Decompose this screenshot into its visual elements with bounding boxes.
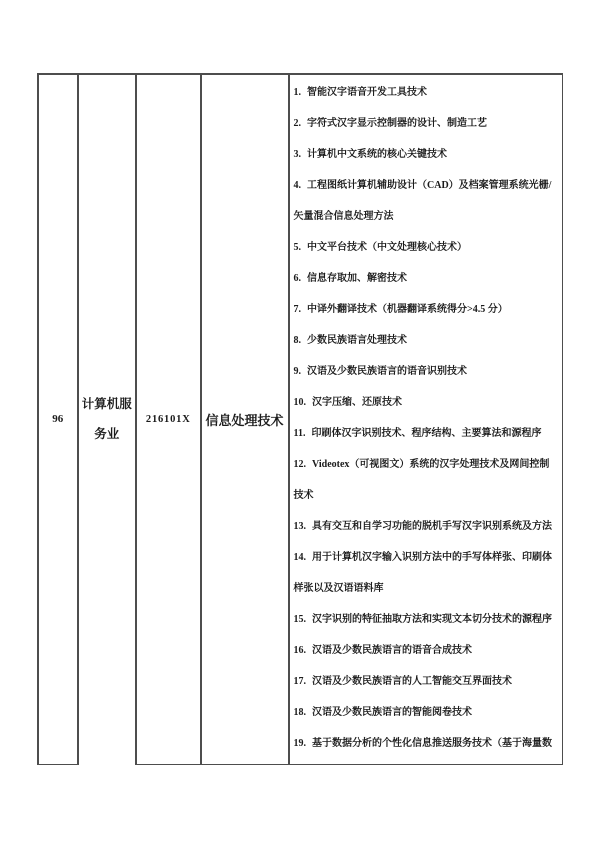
- category-cell: 信息处理技术: [202, 73, 289, 765]
- item-text: 基于数据分析的个性化信息推送服务技术（基于海量数: [312, 738, 552, 749]
- item-text: 信息存取加、解密技术: [307, 273, 407, 284]
- item-text: 智能汉字语音开发工具技术: [307, 87, 427, 98]
- item-number: 15.: [294, 614, 307, 625]
- category-name: 信息处理技术: [206, 410, 284, 429]
- item-number: 1.: [294, 87, 302, 98]
- item-number: 19.: [294, 738, 307, 749]
- technology-item: 14.用于计算机汉字输入识别方法中的手写体样张、印刷体样张以及汉语语料库: [294, 542, 556, 604]
- item-number: 14.: [294, 552, 307, 563]
- item-number: 16.: [294, 645, 307, 656]
- technology-item: 4.工程图纸计算机辅助设计（CAD）及档案管理系统光栅/矢量混合信息处理方法: [294, 170, 556, 232]
- item-number: 3.: [294, 149, 302, 160]
- technology-item: 19.基于数据分析的个性化信息推送服务技术（基于海量数: [294, 728, 556, 759]
- serial-number: 96: [52, 413, 63, 425]
- technology-item: 12.Videotex（可视图文）系统的汉字处理技术及网间控制技术: [294, 449, 556, 511]
- industry-name: 计算机服务业: [81, 389, 134, 449]
- table-right-border: [562, 73, 564, 765]
- technology-item: 8.少数民族语言处理技术: [294, 325, 556, 356]
- item-text: 少数民族语言处理技术: [307, 335, 407, 346]
- technology-item: 15.汉字识别的特征抽取方法和实现文本切分技术的源程序: [294, 604, 556, 635]
- item-number: 10.: [294, 397, 307, 408]
- industry-cell: 计算机服务业: [79, 73, 136, 765]
- code-cell: 216101X: [137, 73, 201, 765]
- item-text: 汉字识别的特征抽取方法和实现文本切分技术的源程序: [312, 614, 552, 625]
- technology-item: 9.汉语及少数民族语言的语音识别技术: [294, 356, 556, 387]
- item-text: 计算机中文系统的核心关键技术: [307, 149, 447, 160]
- technology-item: 17.汉语及少数民族语言的人工智能交互界面技术: [294, 666, 556, 697]
- technology-item: 3.计算机中文系统的核心关键技术: [294, 139, 556, 170]
- technology-item: 13.具有交互和自学习功能的脱机手写汉字识别系统及方法: [294, 511, 556, 542]
- item-number: 11.: [294, 428, 306, 439]
- technology-item: 10.汉字压缩、还原技术: [294, 387, 556, 418]
- technology-item: 5.中文平台技术（中文处理核心技术）: [294, 232, 556, 263]
- technology-item: 7.中译外翻译技术（机器翻译系统得分>4.5 分）: [294, 294, 556, 325]
- item-text: 汉语及少数民族语言的语音识别技术: [307, 366, 467, 377]
- item-text: 用于计算机汉字输入识别方法中的手写体样张、印刷体样张以及汉语语料库: [294, 552, 553, 594]
- catalog-table: 96 计算机服务业 216101X 信息处理技术 1.智能汉字语音开发工具技术 …: [37, 73, 563, 765]
- item-number: 7.: [294, 304, 302, 315]
- item-text: 印刷体汉字识别技术、程序结构、主要算法和源程序: [311, 428, 541, 439]
- item-number: 9.: [294, 366, 302, 377]
- item-text: Videotex（可视图文）系统的汉字处理技术及网间控制技术: [294, 459, 550, 501]
- technology-item: 1.智能汉字语音开发工具技术: [294, 77, 556, 108]
- technology-item: 16.汉语及少数民族语言的语音合成技术: [294, 635, 556, 666]
- technology-item: 11.印刷体汉字识别技术、程序结构、主要算法和源程序: [294, 418, 556, 449]
- item-number: 2.: [294, 118, 302, 129]
- technology-item: 2.字符式汉字显示控制器的设计、制造工艺: [294, 108, 556, 139]
- technology-items-cell: 1.智能汉字语音开发工具技术 2.字符式汉字显示控制器的设计、制造工艺 3.计算…: [290, 73, 562, 765]
- item-text: 具有交互和自学习功能的脱机手写汉字识别系统及方法: [312, 521, 552, 532]
- item-text: 汉字压缩、还原技术: [312, 397, 402, 408]
- item-text: 汉语及少数民族语言的语音合成技术: [312, 645, 472, 656]
- item-number: 6.: [294, 273, 302, 284]
- item-number: 13.: [294, 521, 307, 532]
- serial-number-cell: 96: [39, 73, 78, 765]
- technology-item: 6.信息存取加、解密技术: [294, 263, 556, 294]
- technology-code: 216101X: [146, 414, 191, 425]
- item-number: 4.: [294, 180, 302, 191]
- item-number: 5.: [294, 242, 302, 253]
- item-number: 8.: [294, 335, 302, 346]
- item-text: 中文平台技术（中文处理核心技术）: [307, 242, 467, 253]
- item-text: 字符式汉字显示控制器的设计、制造工艺: [307, 118, 487, 129]
- item-number: 18.: [294, 707, 307, 718]
- technology-item: 18.汉语及少数民族语言的智能阅卷技术: [294, 697, 556, 728]
- item-text: 汉语及少数民族语言的人工智能交互界面技术: [312, 676, 512, 687]
- item-number: 12.: [294, 459, 307, 470]
- document-page: 96 计算机服务业 216101X 信息处理技术 1.智能汉字语音开发工具技术 …: [0, 0, 600, 848]
- item-number: 17.: [294, 676, 307, 687]
- item-text: 工程图纸计算机辅助设计（CAD）及档案管理系统光栅/矢量混合信息处理方法: [294, 180, 552, 222]
- item-text: 中译外翻译技术（机器翻译系统得分>4.5 分）: [307, 304, 508, 315]
- item-text: 汉语及少数民族语言的智能阅卷技术: [312, 707, 472, 718]
